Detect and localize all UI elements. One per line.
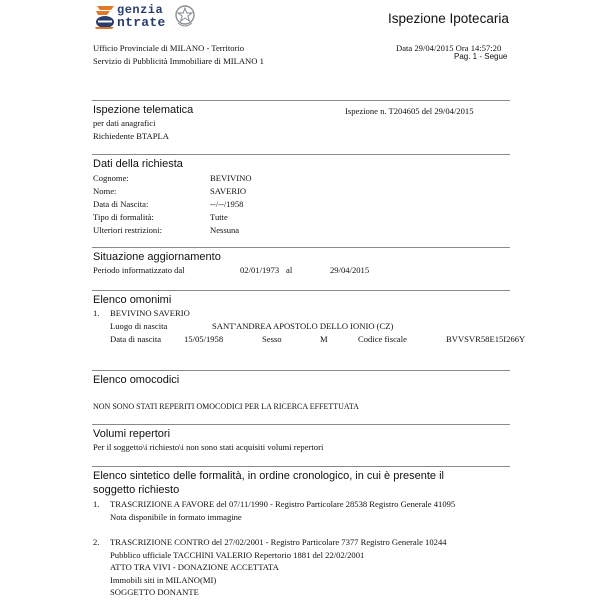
omonimo-cf: BVVSVR58E15I266Y <box>446 334 525 344</box>
divider <box>92 290 510 291</box>
field-value-tipo-formalita: Tutte <box>210 212 228 222</box>
field-label-cognome: Cognome: <box>93 173 129 183</box>
divider <box>92 100 510 101</box>
formalita-line: Nota disponibile in formato immagine <box>110 512 242 522</box>
periodo-sep: al <box>286 265 292 275</box>
omonimo-data: 15/05/1958 <box>184 334 223 344</box>
formalita-line: Pubblico ufficiale TACCHINI VALERIO Repe… <box>110 550 364 560</box>
omonimo-sesso: M <box>320 334 328 344</box>
divider <box>92 424 510 425</box>
office-name: Ufficio Provinciale di MILANO - Territor… <box>93 43 244 53</box>
omonimo-luogo: SANT'ANDREA APOSTOLO DELLO IONIO (CZ) <box>212 321 393 331</box>
omocodici-text: NON SONO STATI REPERITI OMOCODICI PER LA… <box>93 402 359 411</box>
logo-e-mark-icon <box>94 5 116 29</box>
omonimo-number: 1. <box>93 308 99 318</box>
divider <box>92 154 510 155</box>
field-label-data-nascita: Data di Nascita: <box>93 199 148 209</box>
ispezione-number: Ispezione n. T204605 del 29/04/2015 <box>345 106 474 116</box>
periodo-from: 02/01/1973 <box>240 265 279 275</box>
formalita-line: TRASCRIZIONE CONTRO del 27/02/2001 - Reg… <box>110 537 447 547</box>
omonimo-sesso-label: Sesso <box>262 334 282 344</box>
field-value-restrizioni: Nessuna <box>210 225 239 235</box>
omonimo-data-label: Data di nascita <box>110 334 161 344</box>
field-label-tipo-formalita: Tipo di formalità: <box>93 212 154 222</box>
formalita-line: SOGGETTO DONANTE <box>110 587 199 597</box>
divider <box>92 247 510 248</box>
ispezione-requester: Richiedente BTAPLA <box>93 131 169 141</box>
page-indicator: Pag. 1 - Segue <box>454 52 507 61</box>
section-heading-volumi: Volumi repertori <box>93 428 170 440</box>
section-heading-aggiornamento: Situazione aggiornamento <box>93 251 221 263</box>
periodo-to: 29/04/2015 <box>330 265 369 275</box>
service-name: Servizio di Pubblicità Immobiliare di MI… <box>93 56 264 66</box>
formalita-number: 1. <box>93 499 99 509</box>
formalita-line: TRASCRIZIONE A FAVORE del 07/11/1990 - R… <box>110 499 455 509</box>
logo-text-entrate: ntrate <box>117 15 166 30</box>
section-heading-ispezione: Ispezione telematica <box>93 104 193 116</box>
divider <box>92 370 510 371</box>
section-heading-formalita-line1: Elenco sintetico delle formalità, in ord… <box>93 470 444 482</box>
field-value-data-nascita: --/--/1958 <box>210 199 243 209</box>
divider <box>92 466 510 467</box>
omonimo-cf-label: Codice fiscale <box>358 334 407 344</box>
periodo-label: Periodo informatizzato dal <box>93 265 185 275</box>
document-title: Ispezione Ipotecaria <box>388 11 509 26</box>
omonimo-name: BEVIVINO SAVERIO <box>110 308 190 318</box>
field-label-nome: Nome: <box>93 186 116 196</box>
italian-republic-emblem-icon <box>174 3 196 29</box>
omonimo-luogo-label: Luogo di nascita <box>110 321 167 331</box>
formalita-number: 2. <box>93 537 99 547</box>
ispezione-type: per dati anagrafici <box>93 118 156 128</box>
volumi-text: Per il soggetto\i richiesto\i non sono s… <box>93 442 323 452</box>
field-value-cognome: BEVIVINO <box>210 173 252 183</box>
field-label-restrizioni: Ulteriori restrizioni: <box>93 225 162 235</box>
section-heading-formalita-line2: soggetto richiesto <box>93 484 179 496</box>
formalita-line: Immobili siti in MILANO(MI) <box>110 575 216 585</box>
section-heading-richiesta: Dati della richiesta <box>93 158 183 170</box>
section-heading-omonimi: Elenco omonimi <box>93 294 171 306</box>
field-value-nome: SAVERIO <box>210 186 246 196</box>
formalita-line: ATTO TRA VIVI - DONAZIONE ACCETTATA <box>110 562 279 572</box>
section-heading-omocodici: Elenco omocodici <box>93 374 179 386</box>
